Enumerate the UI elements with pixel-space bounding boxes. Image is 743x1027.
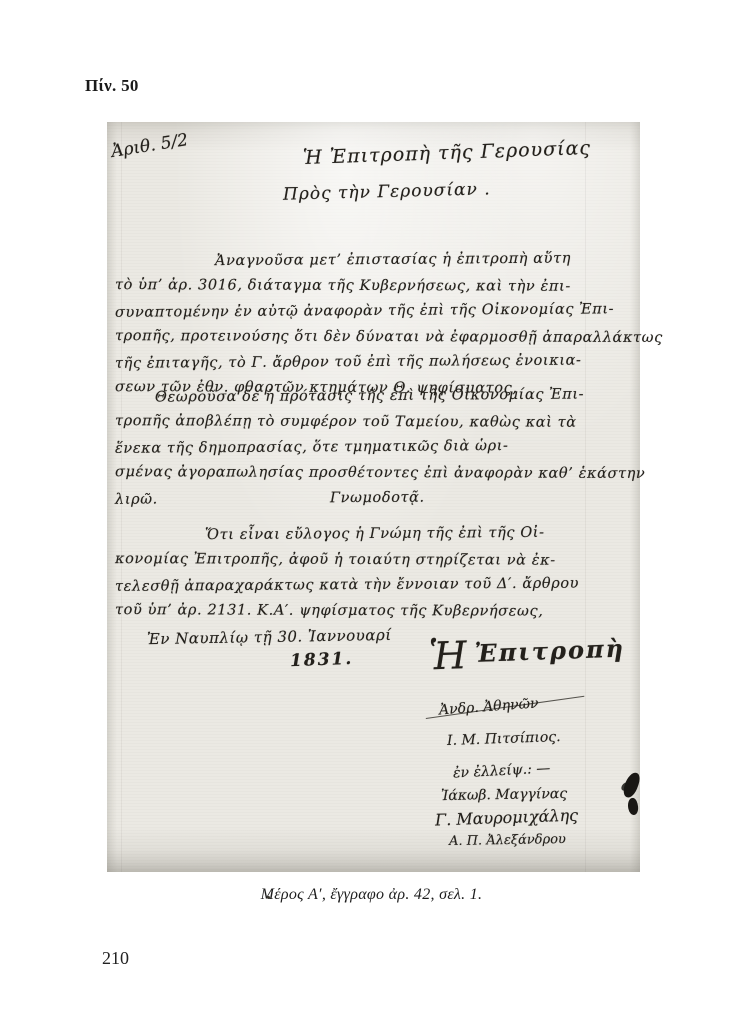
- signature: Α. Π. Ἀλεξάνδρου: [449, 832, 566, 849]
- paragraph-2-line: τροπῆς ἀποβλέπῃ τὸ συμφέρον τοῦ Ταμείου,…: [115, 409, 632, 436]
- paragraph-1-line: τροπῆς, προτεινούσης ὅτι δὲν δύναται νὰ …: [115, 324, 632, 351]
- document-heading-committee: Ἡ Ἐπιτροπὴ τῆς Γερουσίας: [303, 137, 592, 169]
- paragraph-2-line: Θεωροῦσα δὲ ἡ πρότασις τῆς ἐπὶ τῆς Οἰκον…: [115, 382, 632, 411]
- paragraph-1-line: συναπτομένην ἐν αὐτῷ ἀναφορὰν τῆς ἐπὶ τῆ…: [115, 297, 632, 326]
- paragraph-2-line: ἕνεκα τῆς δημοπρασίας, ὅτε τμηματικῶς δι…: [115, 433, 632, 462]
- document-heading-addressee: Πρὸς τὴν Γερουσίαν .: [283, 179, 491, 204]
- paragraph-3-line: τελεσθῇ ἀπαραχαράκτως κατὰ τὴν ἔννοιαν τ…: [115, 571, 632, 600]
- print-speck: [267, 896, 270, 899]
- paragraph-2-last-left: λιρῶ.: [115, 492, 158, 508]
- dateline: Ἐν Ναυπλίῳ τῇ 30. Ἰαννουαρί: [147, 626, 392, 648]
- committee-flourish: Ἡ: [428, 633, 475, 679]
- signature: Γ. Μαυρομιχάλης: [435, 806, 579, 830]
- paragraph-3-line: Ὅτι εἶναι εὔλογος ἡ Γνώμη τῆς ἐπὶ τῆς Οἰ…: [115, 520, 632, 549]
- ink-blot: [621, 772, 643, 822]
- committee-word: Ἐπιτροπὴ: [474, 634, 625, 668]
- paragraph-2: Θεωροῦσα δὲ ἡ πρότασις τῆς ἐπὶ τῆς Οἰκον…: [115, 384, 632, 512]
- paragraph-1-line: τὸ ὑπ’ ἀρ. 3016, διάταγμα τῆς Κυβερνήσεω…: [115, 273, 632, 300]
- figure-caption: Μέρος Α′, ἔγγραφο ἀρ. 42, σελ. 1.: [0, 886, 743, 904]
- paragraph-2-line: σμένας ἀγοραπωλησίας προσθέτοντες ἐπὶ ἀν…: [115, 460, 632, 487]
- paragraph-2-last-line: λιρῶ. Γνωμοδοτᾷ.: [115, 484, 632, 513]
- signature: Ι. Μ. Πιτσίπιος.: [447, 729, 561, 749]
- year: 1831.: [290, 649, 354, 671]
- signature: ἐν ἐλλείψ.: —: [453, 760, 551, 781]
- paragraph-3-line: κονομίας Ἐπιτροπῆς, ἀφοῦ ἡ τοιαύτη στηρί…: [115, 547, 632, 574]
- committee-signature-heading: ἩἘπιτροπὴ: [428, 631, 625, 676]
- paragraph-2-verdict-word: Γνωμοδοτᾷ.: [330, 486, 425, 512]
- paragraph-1-line: Ἀναγνοῦσα μετ’ ἐπιστασίας ἡ ἐπιτροπὴ αὕτ…: [115, 246, 632, 275]
- manuscript-scan: Ἀριθ. 5/2 Ἡ Ἐπιτροπὴ τῆς Γερουσίας Πρὸς …: [107, 122, 640, 872]
- signature: Ἀνδρ. Ἀθηνῶν: [439, 696, 539, 719]
- paragraph-1-line: τῆς ἐπιταγῆς, τὸ Γ. ἄρθρον τοῦ ἐπὶ τῆς π…: [115, 348, 632, 377]
- plate-label: Πίν. 50: [85, 76, 139, 96]
- paragraph-1: Ἀναγνοῦσα μετ’ ἐπιστασίας ἡ ἐπιτροπὴ αὕτ…: [115, 248, 632, 401]
- page-number: 210: [102, 948, 129, 969]
- book-page: { "page": { "plate_label": "Πίν. 50", "p…: [0, 0, 743, 1027]
- paragraph-3-line: τοῦ ὑπ’ ἀρ. 2131. Κ.Α′. ψηφίσματος τῆς Κ…: [115, 598, 632, 625]
- paragraph-3: Ὅτι εἶναι εὔλογος ἡ Γνώμη τῆς ἐπὶ τῆς Οἰ…: [115, 522, 632, 624]
- signature: Ἰάκωβ. Μαγγίνας: [441, 786, 567, 804]
